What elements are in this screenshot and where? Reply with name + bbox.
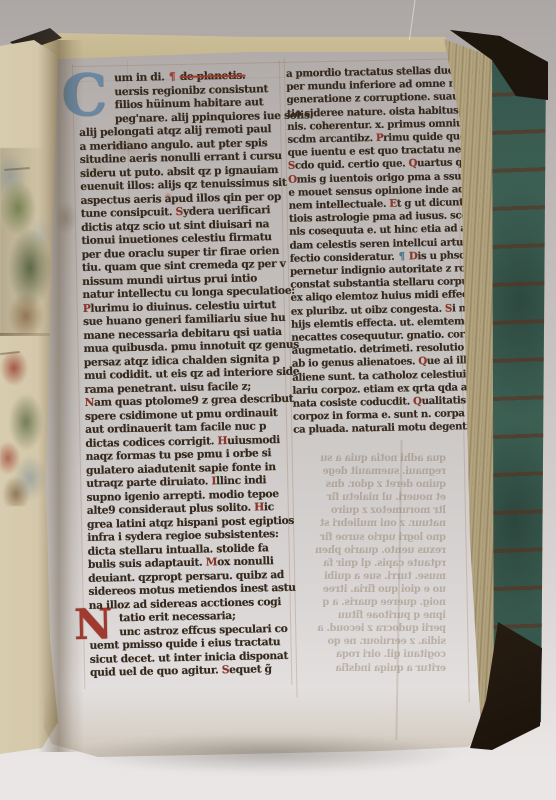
pilcrow-mark-red: ¶ xyxy=(168,70,177,83)
showthrough-line: uo e qioi quo firia. itree xyxy=(286,583,446,596)
text-column-right: a pmordio tractatus stellas ducunturper … xyxy=(286,64,461,437)
showthrough-line: regnaui. suemauit dege xyxy=(286,465,446,478)
showthrough-line: qua adhi notia quia a su xyxy=(286,452,446,465)
chapter-rubric: de planetis. xyxy=(180,69,246,83)
showthrough-line: sidia. z eeruiour. ne qo xyxy=(286,635,446,648)
dust-hair-artifact xyxy=(409,0,416,40)
showthrough-line: rqtaute capis. ql qnir fa xyxy=(286,557,446,570)
showthrough-line: muse. turri. sue a quibi xyxy=(286,570,446,583)
text-line: quid uel de quo agitur. Sequet g̃ xyxy=(90,662,290,680)
text-line: ca pluada. naturali motu degentia; xyxy=(293,421,461,438)
gutter-shadow xyxy=(38,40,84,752)
text-column-left: um in di. ¶ de planetis. uersis regionib… xyxy=(78,68,290,679)
showthrough-line: ipne q puritoae fituu xyxy=(286,609,446,622)
incipit-text: um in di. xyxy=(114,70,165,84)
verso-showthrough-text: qua adhi notia quia a suregnaui. suemaui… xyxy=(286,452,446,675)
showthrough-line: eritur a quiqa indsfia xyxy=(286,662,446,675)
book-shadow xyxy=(30,735,510,781)
showthrough-line: natuur. z oni muliebri st xyxy=(286,517,446,530)
showthrough-line: et noueri. ul nialetu fir xyxy=(286,491,446,504)
showthrough-line: noig. queree quaris. a q xyxy=(286,596,446,609)
showthrough-line: quino deret z qdor. dns xyxy=(286,478,446,491)
showthrough-line: qno logri uqrio suroe fir xyxy=(286,531,446,544)
showthrough-line: perii qudocra z iecoud. a xyxy=(286,622,446,635)
showthrough-line: rexus uento. quario phen xyxy=(286,544,446,557)
showthrough-line: ltr morumetoz z quiro xyxy=(286,504,446,517)
showthrough-line: cogitaui qil. oiri roqa xyxy=(286,648,446,661)
manuscript-photo-scene: 33 C N um in di. ¶ de planetis. uersis r… xyxy=(0,0,556,800)
